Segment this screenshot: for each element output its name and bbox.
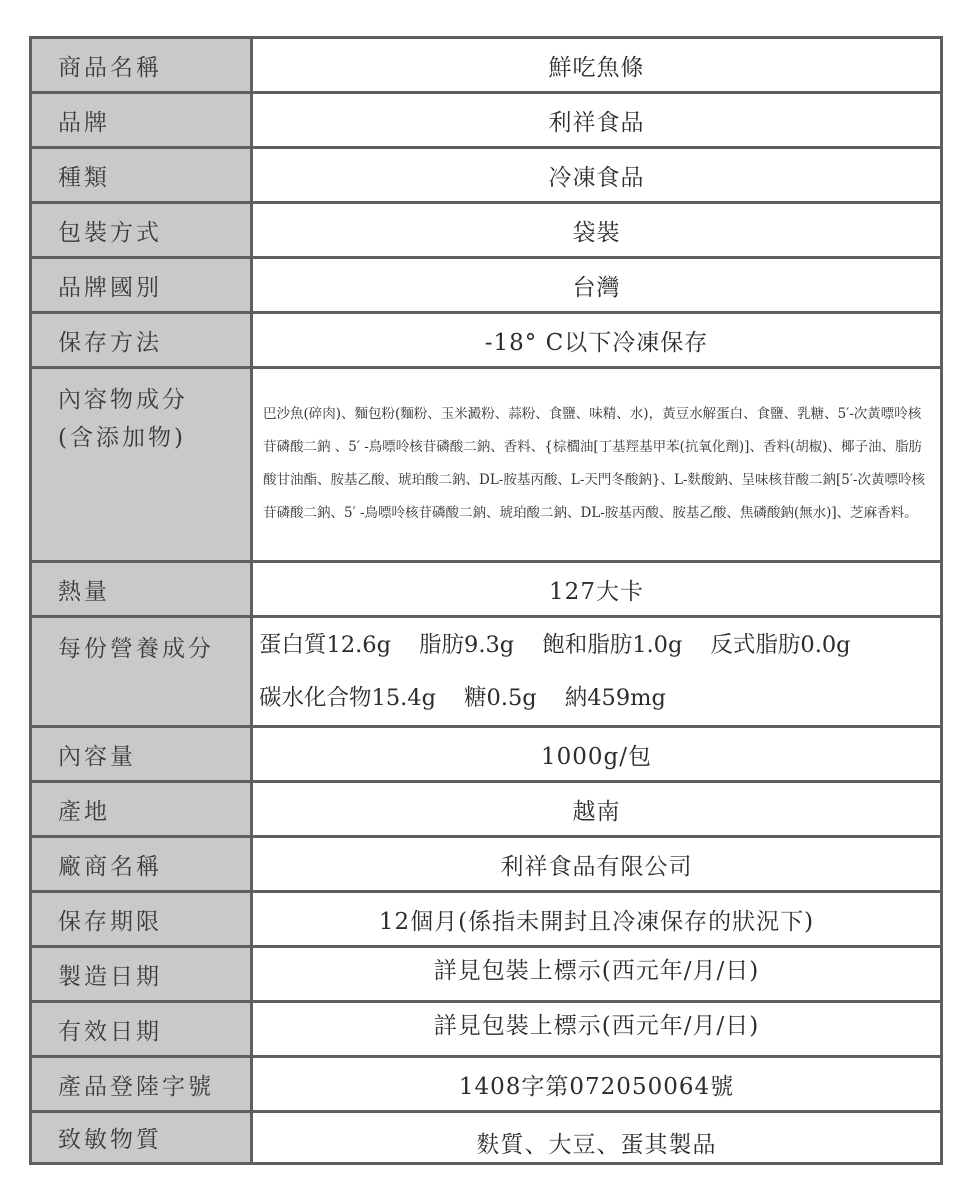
nutrition-protein: 蛋白質12.6g: [259, 632, 391, 658]
value-origin: 越南: [252, 782, 942, 837]
nutrition-line-1: 蛋白質12.6g脂肪9.3g飽和脂肪1.0g反式脂肪0.0g: [259, 619, 940, 672]
nutrition-carbohydrate: 碳水化合物15.4g: [259, 685, 436, 711]
row-net-content: 內容量 1000g/包: [31, 727, 942, 782]
nutrition-saturated-fat: 飽和脂肪1.0g: [542, 632, 682, 658]
value-brand-country: 台灣: [252, 258, 942, 313]
label-ingredients-line1: 內容物成分: [58, 381, 250, 419]
label-calories: 熱量: [31, 562, 252, 617]
label-net-content: 內容量: [31, 727, 252, 782]
value-brand: 利祥食品: [252, 93, 942, 148]
label-product-name: 商品名稱: [31, 38, 252, 93]
row-expiry-date: 有效日期 詳見包裝上標示(西元年/月/日): [31, 1002, 942, 1057]
value-packaging: 袋裝: [252, 203, 942, 258]
product-spec-table: 商品名稱 鮮吃魚條 品牌 利祥食品 種類 冷凍食品 包裝方式 袋裝 品牌國別 台…: [29, 36, 943, 1165]
row-nutrition: 每份營養成分 蛋白質12.6g脂肪9.3g飽和脂肪1.0g反式脂肪0.0g 碳水…: [31, 617, 942, 727]
value-storage-method: -18° C以下冷凍保存: [252, 313, 942, 368]
row-storage-method: 保存方法 -18° C以下冷凍保存: [31, 313, 942, 368]
row-category: 種類 冷凍食品: [31, 148, 942, 203]
value-calories: 127大卡: [252, 562, 942, 617]
row-product-name: 商品名稱 鮮吃魚條: [31, 38, 942, 93]
row-brand: 品牌 利祥食品: [31, 93, 942, 148]
label-brand-country: 品牌國別: [31, 258, 252, 313]
label-packaging: 包裝方式: [31, 203, 252, 258]
row-registration-number: 產品登陸字號 1408字第072050064號: [31, 1057, 942, 1112]
row-brand-country: 品牌國別 台灣: [31, 258, 942, 313]
label-expiry-date: 有效日期: [31, 1002, 252, 1057]
value-expiry-date: 詳見包裝上標示(西元年/月/日): [252, 1002, 942, 1057]
row-shelf-life: 保存期限 12個月(係指未開封且冷凍保存的狀況下): [31, 892, 942, 947]
nutrition-trans-fat: 反式脂肪0.0g: [710, 632, 850, 658]
label-storage-method: 保存方法: [31, 313, 252, 368]
label-shelf-life: 保存期限: [31, 892, 252, 947]
label-brand: 品牌: [31, 93, 252, 148]
value-nutrition: 蛋白質12.6g脂肪9.3g飽和脂肪1.0g反式脂肪0.0g 碳水化合物15.4…: [252, 617, 942, 727]
value-registration-number: 1408字第072050064號: [252, 1057, 942, 1112]
value-allergens: 麩質、大豆、蛋其製品: [252, 1112, 942, 1164]
nutrition-fat: 脂肪9.3g: [419, 632, 514, 658]
label-manufacture-date: 製造日期: [31, 947, 252, 1002]
row-allergens: 致敏物質 麩質、大豆、蛋其製品: [31, 1112, 942, 1164]
value-shelf-life: 12個月(係指未開封且冷凍保存的狀況下): [252, 892, 942, 947]
value-category: 冷凍食品: [252, 148, 942, 203]
value-manufacture-date: 詳見包裝上標示(西元年/月/日): [252, 947, 942, 1002]
row-ingredients: 內容物成分 (含添加物) 巴沙魚(碎肉)、麵包粉(麵粉、玉米澱粉、蒜粉、食鹽、味…: [31, 368, 942, 562]
value-net-content: 1000g/包: [252, 727, 942, 782]
label-ingredients: 內容物成分 (含添加物): [31, 368, 252, 562]
value-product-name: 鮮吃魚條: [252, 38, 942, 93]
row-manufacture-date: 製造日期 詳見包裝上標示(西元年/月/日): [31, 947, 942, 1002]
value-ingredients: 巴沙魚(碎肉)、麵包粉(麵粉、玉米澱粉、蒜粉、食鹽、味精、水)，黃豆水解蛋白、食…: [252, 368, 942, 562]
label-ingredients-line2: (含添加物): [58, 419, 250, 457]
label-origin: 產地: [31, 782, 252, 837]
label-nutrition: 每份營養成分: [31, 617, 252, 727]
row-origin: 產地 越南: [31, 782, 942, 837]
nutrition-line-2: 碳水化合物15.4g糖0.5g納459mg: [259, 672, 940, 725]
row-calories: 熱量 127大卡: [31, 562, 942, 617]
row-packaging: 包裝方式 袋裝: [31, 203, 942, 258]
label-allergens: 致敏物質: [31, 1112, 252, 1164]
nutrition-sugar: 糖0.5g: [464, 685, 537, 711]
row-manufacturer: 廠商名稱 利祥食品有限公司: [31, 837, 942, 892]
label-registration-number: 產品登陸字號: [31, 1057, 252, 1112]
label-manufacturer: 廠商名稱: [31, 837, 252, 892]
value-manufacturer: 利祥食品有限公司: [252, 837, 942, 892]
label-category: 種類: [31, 148, 252, 203]
nutrition-sodium: 納459mg: [565, 685, 666, 711]
